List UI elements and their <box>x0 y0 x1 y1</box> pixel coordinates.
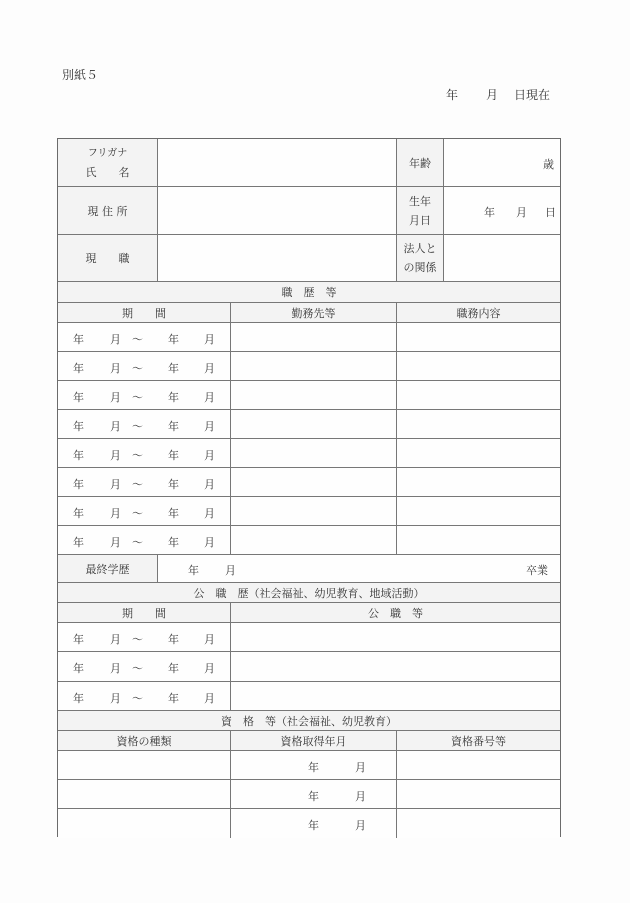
career-period-m1: 月 <box>110 447 121 463</box>
career-duties-field[interactable] <box>397 410 560 439</box>
career-period-tilde: ～ <box>132 418 143 434</box>
career-period-m2: 月 <box>204 534 215 550</box>
career-employer-field[interactable] <box>231 526 397 555</box>
relation-label-line1: 法人と <box>404 239 437 258</box>
career-employer-field[interactable] <box>231 410 397 439</box>
public-period-m1: 月 <box>110 631 121 647</box>
career-period-m1: 月 <box>110 534 121 550</box>
birth-month-unit: 月 <box>516 204 527 220</box>
public-office-section-title: 公 職 歴（社会福祉、幼児教育、地域活動） <box>194 585 425 601</box>
current-job-label-cell: 現 職 <box>58 235 158 282</box>
career-period-y2: 年 <box>168 476 179 492</box>
age-label: 年齢 <box>409 155 431 171</box>
public-period-cell[interactable]: 年月～年月 <box>58 623 231 652</box>
career-period-y2: 年 <box>168 418 179 434</box>
public-period-tilde: ～ <box>132 660 143 676</box>
career-period-tilde: ～ <box>132 331 143 347</box>
career-duties-field[interactable] <box>397 526 560 555</box>
education-label-cell: 最終学歴 <box>58 555 158 583</box>
career-period-tilde: ～ <box>132 505 143 521</box>
career-section-title: 職 歴 等 <box>282 284 337 300</box>
career-period-cell[interactable]: 年月～年月 <box>58 439 231 468</box>
public-period-m2: 月 <box>204 631 215 647</box>
career-period-cell[interactable]: 年月～年月 <box>58 497 231 526</box>
public-period-m1: 月 <box>110 660 121 676</box>
relation-label-line2: の関係 <box>404 258 437 277</box>
career-period-m1: 月 <box>110 505 121 521</box>
career-period-y1: 年 <box>73 476 84 492</box>
age-unit: 歳 <box>543 156 554 172</box>
birthdate-label-line1: 生年 <box>409 192 431 211</box>
qualifications-col-date-label: 資格取得年月 <box>281 733 347 749</box>
qualification-type-field[interactable] <box>58 751 231 780</box>
public-office-field[interactable] <box>231 652 560 681</box>
education-suffix: 卒業 <box>526 562 548 578</box>
qualification-type-field[interactable] <box>58 809 231 838</box>
education-month-unit: 月 <box>225 562 236 578</box>
career-col-duties: 職務内容 <box>397 303 560 323</box>
qualification-number-field[interactable] <box>397 751 560 780</box>
career-period-m2: 月 <box>204 331 215 347</box>
career-period-y1: 年 <box>73 534 84 550</box>
birth-year-unit: 年 <box>484 204 495 220</box>
public-period-y1: 年 <box>73 660 84 676</box>
as-of-month: 月 <box>486 86 498 103</box>
qualifications-section-title: 資 格 等（社会福祉、幼児教育） <box>221 713 397 729</box>
career-period-tilde: ～ <box>132 447 143 463</box>
public-office-col-office-label: 公 職 等 <box>368 605 423 621</box>
career-period-m2: 月 <box>204 476 215 492</box>
qualification-date-year: 年 <box>308 788 319 804</box>
career-period-y1: 年 <box>73 331 84 347</box>
career-employer-field[interactable] <box>231 381 397 410</box>
career-period-m2: 月 <box>204 505 215 521</box>
career-col-period-label: 期 間 <box>122 305 166 321</box>
address-label: 現 住 所 <box>88 203 128 219</box>
career-period-y2: 年 <box>168 360 179 376</box>
current-job-field[interactable] <box>158 235 397 282</box>
career-employer-field[interactable] <box>231 497 397 526</box>
career-period-y2: 年 <box>168 534 179 550</box>
qualification-date-year: 年 <box>308 817 319 833</box>
career-period-y1: 年 <box>73 418 84 434</box>
career-period-y2: 年 <box>168 389 179 405</box>
qualifications-col-type-label: 資格の種類 <box>117 733 172 749</box>
qualification-date-field[interactable]: 年月 <box>231 780 397 809</box>
qualifications-section-header: 資 格 等（社会福祉、幼児教育） <box>58 711 560 731</box>
career-period-m2: 月 <box>204 418 215 434</box>
public-period-tilde: ～ <box>132 690 143 706</box>
qualification-type-field[interactable] <box>58 780 231 809</box>
public-office-col-period: 期 間 <box>58 603 231 623</box>
qualification-date-month: 月 <box>355 817 366 833</box>
career-col-duties-label: 職務内容 <box>457 305 501 321</box>
career-period-tilde: ～ <box>132 389 143 405</box>
public-period-tilde: ～ <box>132 631 143 647</box>
public-period-cell[interactable]: 年月～年月 <box>58 682 231 711</box>
career-duties-field[interactable] <box>397 468 560 497</box>
qualification-number-field[interactable] <box>397 780 560 809</box>
education-field[interactable]: 年 月 卒業 <box>158 555 560 583</box>
current-job-label: 現 職 <box>86 250 130 266</box>
birthdate-field[interactable]: 年 月 日 <box>444 187 560 235</box>
career-period-tilde: ～ <box>132 534 143 550</box>
career-col-employer-label: 勤務先等 <box>292 305 336 321</box>
career-duties-field[interactable] <box>397 439 560 468</box>
public-office-col-period-label: 期 間 <box>122 605 166 621</box>
public-office-col-office: 公 職 等 <box>231 603 560 623</box>
career-period-cell[interactable]: 年月～年月 <box>58 526 231 555</box>
career-period-m2: 月 <box>204 447 215 463</box>
career-duties-field[interactable] <box>397 381 560 410</box>
career-period-cell[interactable]: 年月～年月 <box>58 468 231 497</box>
career-period-y1: 年 <box>73 389 84 405</box>
relation-field[interactable] <box>444 235 560 282</box>
name-label-cell: フリガナ 氏 名 <box>58 139 158 187</box>
career-col-period: 期 間 <box>58 303 231 323</box>
career-duties-field[interactable] <box>397 352 560 381</box>
career-period-m1: 月 <box>110 476 121 492</box>
career-employer-field[interactable] <box>231 468 397 497</box>
address-label-cell: 現 住 所 <box>58 187 158 235</box>
career-period-y1: 年 <box>73 447 84 463</box>
career-duties-field[interactable] <box>397 497 560 526</box>
career-period-m2: 月 <box>204 389 215 405</box>
career-col-employer: 勤務先等 <box>231 303 397 323</box>
qualification-date-month: 月 <box>355 788 366 804</box>
public-period-m2: 月 <box>204 690 215 706</box>
career-period-tilde: ～ <box>132 360 143 376</box>
as-of-day-suffix: 日現在 <box>514 86 550 103</box>
name-field[interactable] <box>158 139 397 187</box>
career-period-y1: 年 <box>73 360 84 376</box>
furigana-label: フリガナ <box>88 144 128 163</box>
address-field[interactable] <box>158 187 397 235</box>
as-of-date: 年 月 日現在 <box>446 86 568 102</box>
career-period-m1: 月 <box>110 389 121 405</box>
public-office-field[interactable] <box>231 623 560 652</box>
age-field[interactable]: 歳 <box>444 139 560 187</box>
name-label: 氏 名 <box>86 163 130 182</box>
career-period-cell[interactable]: 年月～年月 <box>58 410 231 439</box>
as-of-year: 年 <box>446 86 458 103</box>
public-office-section-header: 公 職 歴（社会福祉、幼児教育、地域活動） <box>58 583 560 603</box>
resume-form: フリガナ 氏 名 年齢 歳 現 住 所 生年 月日 年 月 日 現 職 法人と … <box>57 138 561 837</box>
age-label-cell: 年齢 <box>397 139 444 187</box>
qualifications-col-date: 資格取得年月 <box>231 731 397 751</box>
public-period-y2: 年 <box>168 631 179 647</box>
career-period-m2: 月 <box>204 360 215 376</box>
public-period-y1: 年 <box>73 631 84 647</box>
qualification-date-month: 月 <box>355 759 366 775</box>
public-period-y1: 年 <box>73 690 84 706</box>
career-section-header: 職 歴 等 <box>58 282 560 303</box>
relation-label-cell: 法人と の関係 <box>397 235 444 282</box>
qualifications-col-number-label: 資格番号等 <box>451 733 506 749</box>
career-period-cell[interactable]: 年月～年月 <box>58 381 231 410</box>
birth-day-unit: 日 <box>545 204 556 220</box>
career-employer-field[interactable] <box>231 352 397 381</box>
document-label: 別紙５ <box>62 66 98 83</box>
career-period-cell[interactable]: 年月～年月 <box>58 323 231 352</box>
career-period-y1: 年 <box>73 505 84 521</box>
career-period-m1: 月 <box>110 418 121 434</box>
public-office-field[interactable] <box>231 682 560 711</box>
qualifications-col-type: 資格の種類 <box>58 731 231 751</box>
career-employer-field[interactable] <box>231 439 397 468</box>
public-period-cell[interactable]: 年月～年月 <box>58 652 231 681</box>
qualification-date-field[interactable]: 年月 <box>231 751 397 780</box>
birthdate-label-line2: 月日 <box>409 211 431 230</box>
career-period-y2: 年 <box>168 331 179 347</box>
qualifications-col-number: 資格番号等 <box>397 731 560 751</box>
birthdate-label-cell: 生年 月日 <box>397 187 444 235</box>
public-period-m1: 月 <box>110 690 121 706</box>
education-year-unit: 年 <box>188 562 199 578</box>
career-duties-field[interactable] <box>397 323 560 352</box>
public-period-y2: 年 <box>168 690 179 706</box>
career-employer-field[interactable] <box>231 323 397 352</box>
career-period-y2: 年 <box>168 505 179 521</box>
public-period-m2: 月 <box>204 660 215 676</box>
education-label: 最終学歴 <box>86 561 130 577</box>
qualification-date-year: 年 <box>308 759 319 775</box>
career-period-cell[interactable]: 年月～年月 <box>58 352 231 381</box>
career-period-m1: 月 <box>110 331 121 347</box>
career-period-tilde: ～ <box>132 476 143 492</box>
career-period-m1: 月 <box>110 360 121 376</box>
public-period-y2: 年 <box>168 660 179 676</box>
qualification-number-field[interactable] <box>397 809 560 838</box>
career-period-y2: 年 <box>168 447 179 463</box>
qualification-date-field[interactable]: 年月 <box>231 809 397 838</box>
